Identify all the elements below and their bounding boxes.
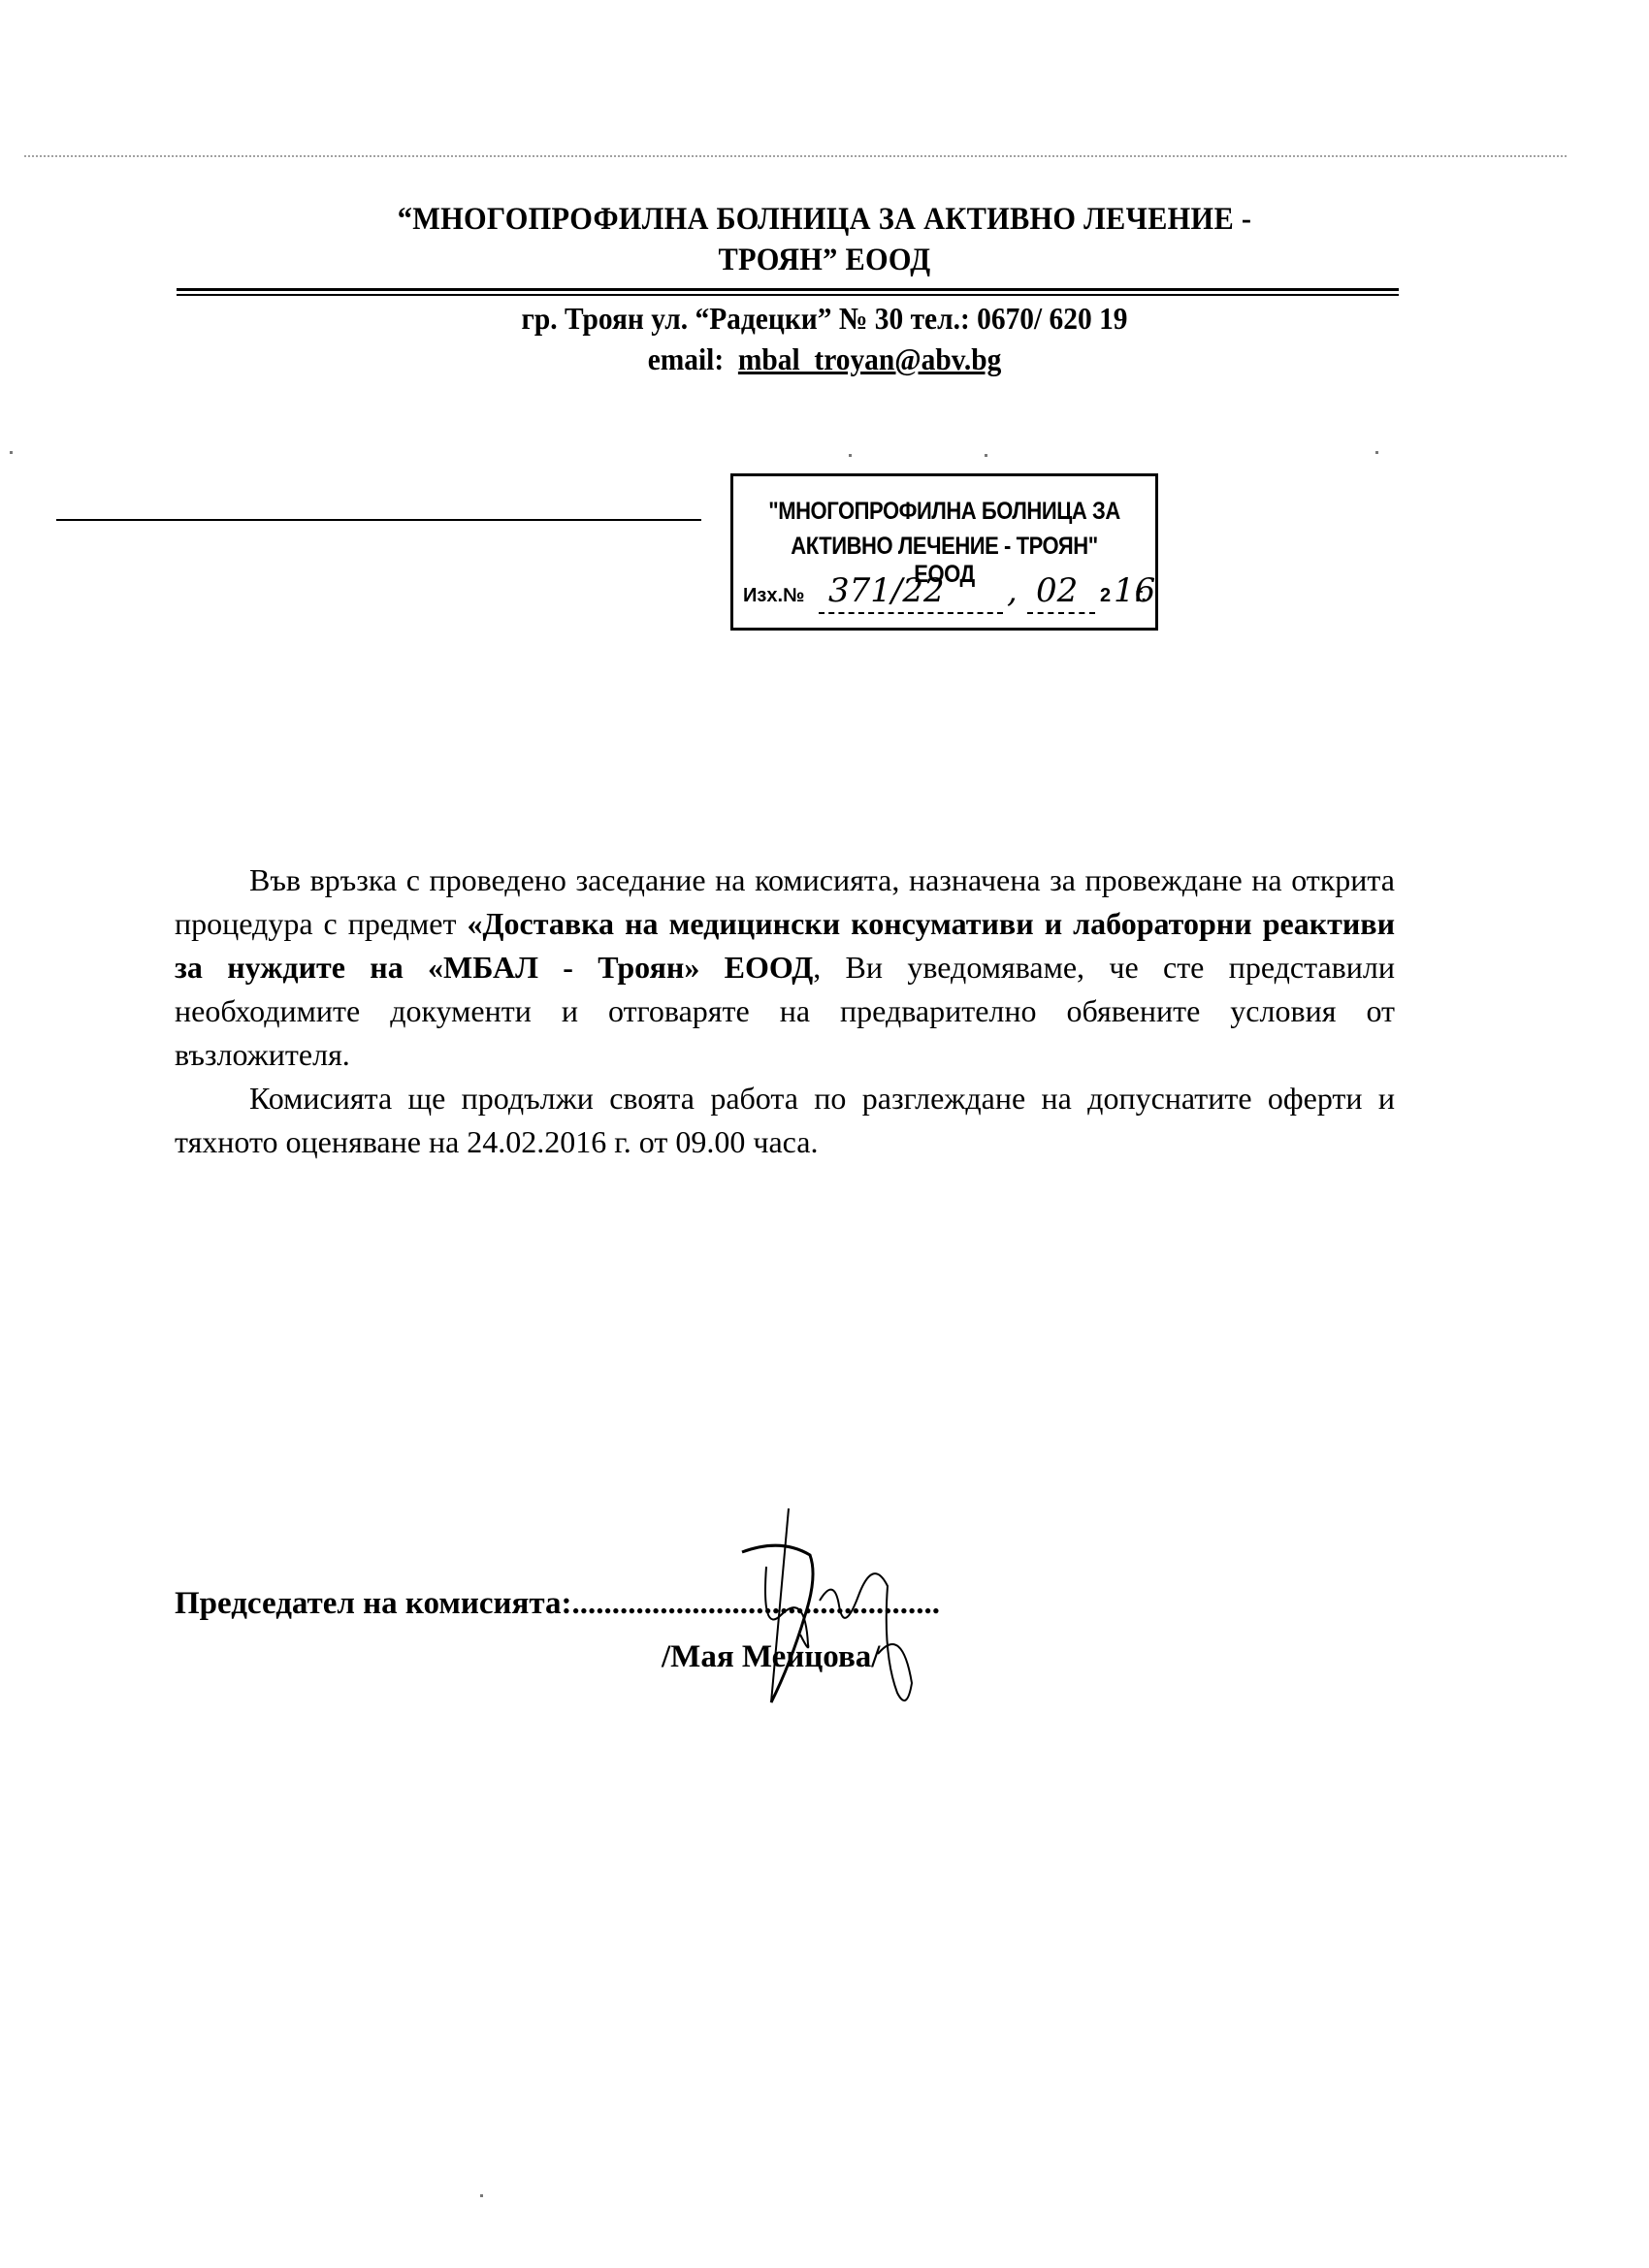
letter-body: Във връзка с проведено заседание на коми… [175,859,1395,1164]
scan-speck [849,454,852,457]
body-paragraph-1: Във връзка с проведено заседание на коми… [175,859,1395,1077]
registry-stamp: "МНОГОПРОФИЛНА БОЛНИЦА ЗА АКТИВНО ЛЕЧЕНИ… [730,473,1158,631]
letterhead-org-name-line2: ТРОЯН” ЕООД [66,243,1583,278]
signature-title: Председател на комисията: [175,1586,571,1621]
scan-speck [1375,451,1378,454]
scan-speck [985,454,987,457]
email-label: email: [648,341,724,376]
stamp-year-prefix: 2 [1100,585,1111,607]
letterhead-double-rule-top [177,288,1399,291]
handwritten-signature-icon [713,1508,965,1717]
scan-speck [480,2194,483,2197]
stamp-ref-underline [819,612,1003,614]
stamp-ref-label: Изх.№ [743,585,804,607]
body-paragraph-2: Комисията ще продължи своята работа по р… [175,1077,1395,1164]
stamp-ref-number: 371/22 [828,571,945,610]
stamp-separator: , [1007,571,1018,610]
scan-speck [10,451,13,454]
scan-artifact-line [24,155,1567,157]
recipient-line [56,519,701,521]
email-link[interactable]: mbal_troyan@abv.bg [738,341,1001,376]
letterhead-email-line: email: mbal_troyan@abv.bg [66,341,1583,377]
stamp-org-line1: "МНОГОПРОФИЛНА БОЛНИЦА ЗА [759,498,1130,526]
letterhead-address: гр. Троян ул. “Радецки” № 30 тел.: 0670/… [66,301,1583,337]
stamp-year-suffix: г. [1135,585,1147,607]
letterhead-double-rule-bottom [177,294,1399,296]
stamp-month: 02 [1036,571,1078,610]
stamp-month-underline [1027,612,1095,614]
letterhead-org-name-line1: “МНОГОПРОФИЛНА БОЛНИЦА ЗА АКТИВНО ЛЕЧЕНИ… [66,202,1583,238]
